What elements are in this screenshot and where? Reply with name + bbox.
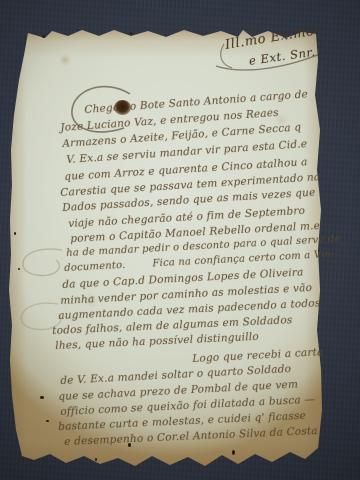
- paper-speck: [40, 396, 44, 399]
- letter-heading-line2: e Ext. Snr.: [248, 45, 316, 68]
- paper-speck: [18, 268, 20, 270]
- photograph: Ill.mo Ex.mo e Ext. Snr. Chegou o Bote S…: [0, 0, 360, 480]
- ink-blot: [114, 100, 131, 115]
- handwriting-layer: Ill.mo Ex.mo e Ext. Snr. Chegou o Bote S…: [0, 0, 360, 480]
- paper-speck: [130, 32, 132, 35]
- paper-speck: [46, 420, 49, 422]
- letter-line: Logo que recebi a carta: [192, 346, 324, 365]
- paper-speck: [128, 443, 131, 447]
- paper-speck: [95, 458, 97, 461]
- paper-speck: [14, 232, 16, 235]
- paper-speck: [232, 450, 235, 455]
- paper-speck: [42, 35, 45, 38]
